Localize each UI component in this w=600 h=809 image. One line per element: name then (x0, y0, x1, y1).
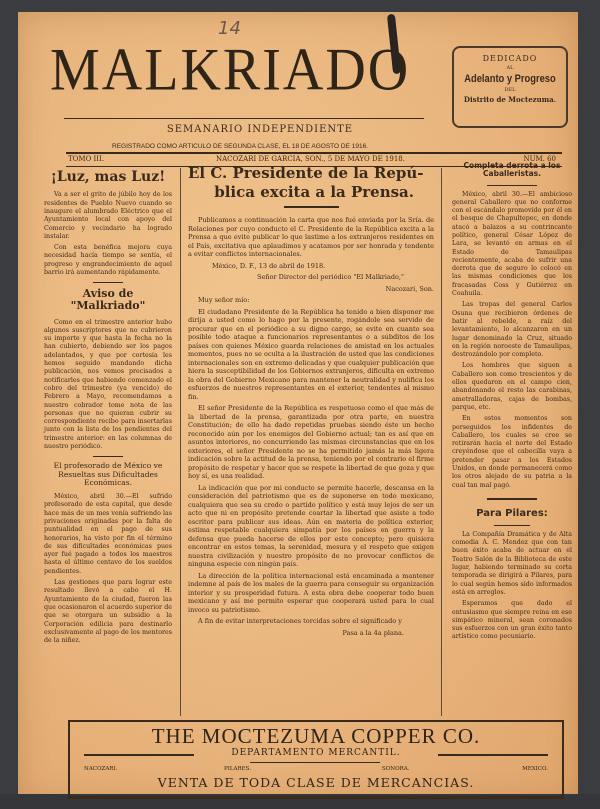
paragraph: México, abril 30.—El ambicioso general C… (452, 191, 572, 299)
paragraph: El señor Presidente de la República es r… (188, 404, 434, 481)
paragraph: Esperamos que dado el entusiasmo que sie… (452, 600, 572, 641)
paragraph: Como en el trimestre anterior hubo algun… (44, 319, 172, 452)
separator (93, 282, 123, 283)
paragraph: Las gestiones que para lograr este resul… (44, 579, 172, 645)
ad-department: DEPARTAMENTO MERCANTIL. (70, 748, 562, 758)
paragraph: A fin de evitar interpretaciones torcida… (188, 617, 434, 626)
ad-town: SONORA. (382, 766, 409, 772)
paragraph: Va a ser el grito de júbilo hoy de los r… (44, 191, 172, 241)
paragraph: La Compañía Dramática y de Alta comedia … (452, 531, 572, 597)
continued-note: Pasa a la 4a plana. (188, 629, 434, 638)
separator (487, 185, 537, 186)
ad-rule (438, 754, 548, 756)
stamp-line: DEL (454, 87, 566, 93)
paragraph: El ciudadano Presidente de la República … (188, 308, 434, 402)
letter-addressee: Señor Director del periódico "El Malkria… (188, 273, 434, 282)
separator (487, 498, 537, 500)
stamp-line: Adelanto y Progreso (462, 73, 557, 85)
paragraph: La indicación que por mi conducto se per… (188, 484, 434, 569)
letter-date: México, D. F., 13 de abril de 1918. (188, 262, 434, 271)
ad-town: NACOZARI. (84, 766, 117, 772)
letter-addressee-place: Nacozari, Son. (188, 285, 434, 294)
stamp-line: Distrito de Moctezuma. (454, 95, 566, 104)
title-underline (64, 118, 424, 119)
separator (284, 206, 339, 208)
place-date: NACOZARI DE GARCIA, SON., 5 DE MAYO DE 1… (216, 155, 405, 163)
separator (494, 525, 530, 526)
separator (93, 456, 123, 457)
ad-rule (250, 762, 380, 763)
left-column: ¡Luz, mas Luz! Va a ser el grito de júbi… (44, 170, 172, 648)
headline-profesorado: El profesorado de México ve Resueltas su… (44, 462, 172, 487)
letter-salutation: Muy señor mío: (188, 296, 434, 305)
main-headline-line1: El C. Presidente de la Repú- (188, 165, 434, 182)
main-column: El C. Presidente de la Repú- blica excit… (188, 165, 434, 640)
registration-line: REGISTRADO COMO ARTICULO DE SEGUNDA CLAS… (60, 143, 420, 150)
intro-paragraph: Publicamos a continuación la carta que n… (188, 216, 434, 259)
column-divider (441, 168, 442, 716)
dateline-top-rule (66, 152, 562, 154)
paragraph: Las tropas del general Carlos Osuna que … (452, 301, 572, 359)
paragraph: México, abril 30.—El sufrido profesorado… (44, 493, 172, 576)
right-column: Completa derrota a los Caballeristas. Mé… (452, 162, 572, 645)
ad-tagline: VENTA DE TODA CLASE DE MERCANCIAS. (70, 775, 562, 790)
paragraph: Los hombres que siguen a Caballero son c… (452, 362, 572, 412)
ad-town: PILARES. (224, 766, 251, 772)
headline-caballeristas: Completa derrota a los Caballeristas. (452, 162, 572, 179)
moctezuma-advertisement: THE MOCTEZUMA COPPER CO. DEPARTAMENTO ME… (68, 720, 564, 799)
newspaper-title: MALKRIADO (50, 38, 420, 103)
paragraph: Con esta benéfica mejora cuya necesidad … (44, 244, 172, 277)
paragraph: La dirección de la política internaciona… (188, 572, 434, 615)
headline-luz: ¡Luz, mas Luz! (44, 170, 172, 185)
headline-aviso: Aviso de "Malkriado" (44, 288, 172, 312)
stamp-line: AL (454, 65, 566, 71)
newspaper-subtitle: SEMANARIO INDEPENDIENTE (140, 124, 380, 135)
stamp-line: DEDICADO (454, 54, 566, 63)
headline-pilares: Para Pilares: (452, 508, 572, 519)
main-headline-line2: blica excita a la Prensa. (188, 184, 434, 201)
dedication-stamp: DEDICADO AL Adelanto y Progreso DEL Dist… (452, 46, 568, 128)
ad-company-name: THE MOCTEZUMA COPPER CO. (70, 724, 562, 749)
paragraph: En estos momentos son perseguidos los in… (452, 415, 572, 490)
ad-town: MEXICO. (522, 766, 548, 772)
volume-number: TOMO III. (68, 155, 104, 163)
column-divider (180, 168, 181, 716)
